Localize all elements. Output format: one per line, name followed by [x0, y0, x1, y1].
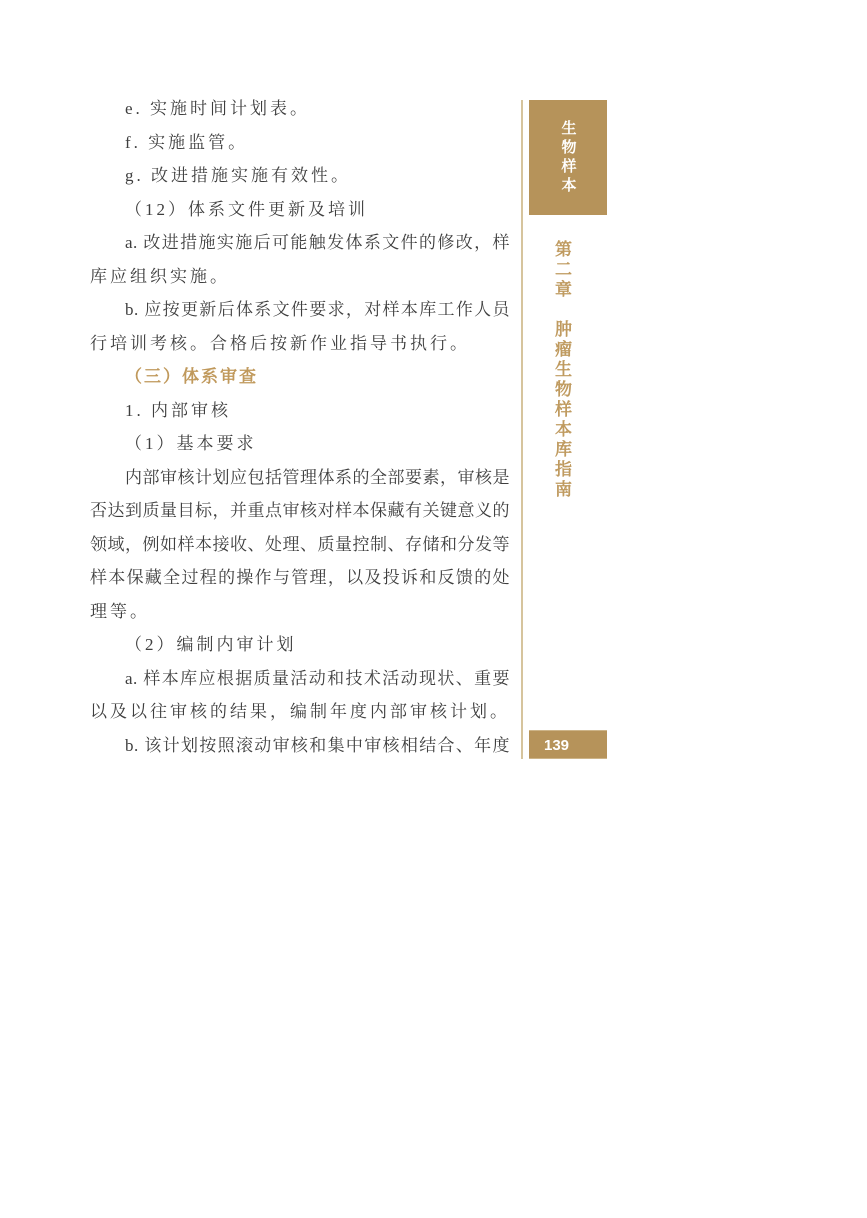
sidebar-chapter-title: 第二章 肿瘤生物样本库指南: [549, 240, 573, 660]
text-line: f. 实施监管。: [90, 126, 510, 160]
text-line: a. 改进措施实施后可能触发体系文件的修改，样本: [90, 226, 510, 260]
sidebar-section-label: 生物样本: [558, 120, 579, 196]
text-line: 库应组织实施。: [90, 260, 510, 294]
text-line: 理等。: [90, 595, 510, 629]
text-line: （2）编制内审计划: [90, 628, 510, 662]
sidebar-vertical-rule: [521, 100, 523, 759]
text-line: 否达到质量目标，并重点审核对样本保藏有关键意义的: [90, 494, 510, 528]
text-line: 以及以往审核的结果，编制年度内部审核计划。: [90, 695, 510, 729]
text-line: 行培训考核。合格后按新作业指导书执行。: [90, 327, 510, 361]
text-line: 1. 内部审核: [90, 394, 510, 428]
section-heading: （三）体系审查: [90, 360, 510, 394]
body-text-column: e. 实施时间计划表。f. 实施监管。g. 改进措施实施有效性。（12）体系文件…: [90, 92, 510, 762]
text-line: e. 实施时间计划表。: [90, 92, 510, 126]
body-lines: e. 实施时间计划表。f. 实施监管。g. 改进措施实施有效性。（12）体系文件…: [90, 92, 510, 762]
text-line: b. 应按更新后体系文件要求，对样本库工作人员进: [90, 293, 510, 327]
text-line: （1）基本要求: [90, 427, 510, 461]
text-line: （12）体系文件更新及培训: [90, 193, 510, 227]
text-line: a. 样本库应根据质量活动和技术活动现状、重要性: [90, 662, 510, 696]
text-line: b. 该计划按照滚动审核和集中审核相结合、年度内: [90, 729, 510, 763]
sidebar-section-tab: 生物样本: [529, 100, 607, 215]
book-page: e. 实施时间计划表。f. 实施监管。g. 改进措施实施有效性。（12）体系文件…: [0, 0, 867, 1218]
text-line: g. 改进措施实施有效性。: [90, 159, 510, 193]
text-line: 样本保藏全过程的操作与管理，以及投诉和反馈的处: [90, 561, 510, 595]
page-number-badge: 139: [529, 730, 607, 759]
text-line: 内部审核计划应包括管理体系的全部要素，审核是: [90, 461, 510, 495]
text-line: 领域，例如样本接收、处理、质量控制、存储和分发等: [90, 528, 510, 562]
